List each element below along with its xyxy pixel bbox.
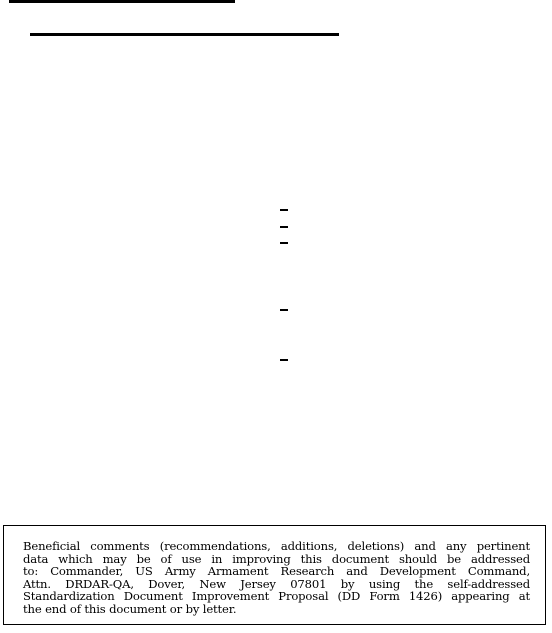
notice-line: Beneficial comments (recommendations, ad…	[23, 540, 530, 553]
dash-mark	[280, 309, 288, 311]
title-underline-rule	[30, 33, 339, 36]
comments-notice-text: Beneficial comments (recommendations, ad…	[23, 540, 530, 616]
notice-line: the end of this document or by letter.	[23, 603, 530, 616]
dash-mark	[280, 242, 288, 244]
top-rule	[9, 0, 235, 3]
comments-notice-box: Beneficial comments (recommendations, ad…	[3, 525, 546, 625]
dash-mark	[280, 359, 288, 361]
dash-mark	[280, 209, 288, 211]
dash-mark	[280, 226, 288, 228]
notice-line: to: Commander, US Army Armament Research…	[23, 565, 530, 578]
